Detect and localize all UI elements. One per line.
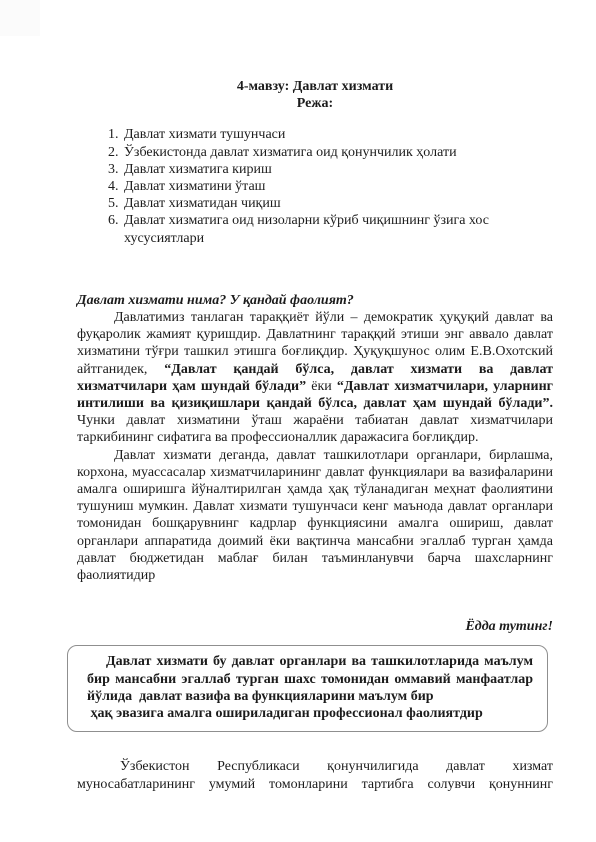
- paragraph-3: Ўзбекистон Республикаси қонунчилигида да…: [77, 758, 553, 792]
- topic-title: 4-мавзу: Давлат хизмати: [77, 78, 553, 95]
- plan-item-text: Давлат хизматини ўташ: [124, 179, 265, 194]
- definition-box-line: бир мансабни эгаллаб турган шахс томонид…: [87, 671, 533, 688]
- plan-item-text: Ўзбекистонда давлат хизматига оид қонунч…: [124, 145, 457, 160]
- paragraph-1: Давлатимиз танлаган тараққиёт йўли – дем…: [77, 309, 553, 447]
- plan-item-text: Давлат хизматига оид низоларни кўриб чиқ…: [124, 213, 489, 245]
- paragraph-3-line: Ўзбекистон Республикаси қонунчилигида да…: [77, 758, 553, 775]
- question-heading: Давлат хизмати нима? У қандай фаолият?: [77, 292, 553, 309]
- paragraph-2: Давлат хизмати деганда, давлат ташкилотл…: [77, 447, 553, 585]
- definition-box: Давлат хизмати бу давлат органлари ва та…: [67, 645, 548, 732]
- plan-item: Давлат хизматига оид низоларни кўриб чиқ…: [122, 212, 553, 246]
- paragraph-3-line: муносабатларининг умумий томонларини тар…: [77, 776, 553, 793]
- plan-item: Давлат хизматига кириш: [122, 161, 553, 178]
- plan-list: Давлат хизмати тушунчаси Ўзбекистонда да…: [77, 126, 553, 246]
- plan-item: Давлат хизматидан чиқиш: [122, 195, 553, 212]
- plan-item: Давлат хизматини ўташ: [122, 178, 553, 195]
- p1-tail: Чунки давлат хизматини ўташ жараёни таби…: [77, 413, 553, 445]
- remember-note: Ёдда тутинг!: [77, 618, 553, 635]
- plan-item-text: Давлат хизматидан чиқиш: [124, 196, 281, 211]
- plan-item: Ўзбекистонда давлат хизматига оид қонунч…: [122, 144, 553, 161]
- plan-item-text: Давлат хизматига кириш: [124, 162, 272, 177]
- definition-box-line: ҳақ эвазига амалга ошириладиган професси…: [87, 705, 533, 722]
- plan-heading: Режа:: [77, 95, 553, 112]
- document-page: 4-мавзу: Давлат хизмати Режа: Давлат хиз…: [0, 0, 596, 842]
- document-content: 4-мавзу: Давлат хизмати Режа: Давлат хиз…: [0, 0, 596, 793]
- plan-item: Давлат хизмати тушунчаси: [122, 126, 553, 143]
- definition-box-line: йўлида давлат вазифа ва функцияларини ма…: [87, 688, 533, 705]
- definition-box-line: Давлат хизмати бу давлат органлари ва та…: [87, 653, 533, 670]
- p1-conjunction: ёки: [306, 379, 337, 394]
- plan-item-text: Давлат хизмати тушунчаси: [124, 127, 285, 142]
